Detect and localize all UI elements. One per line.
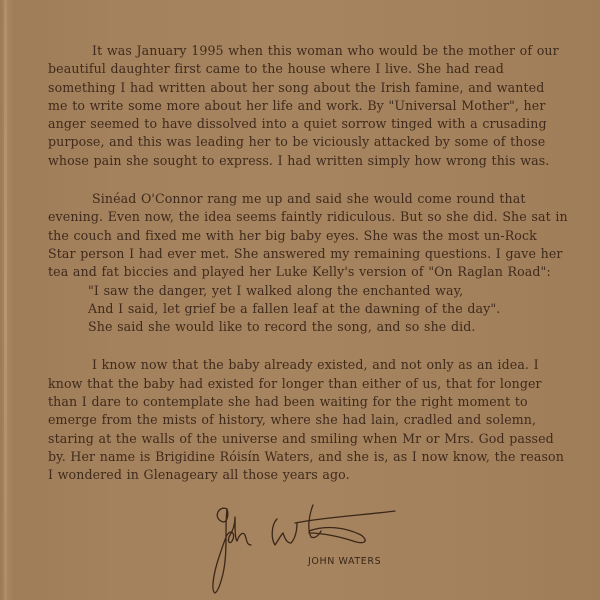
- paragraph-1: It was January 1995 when this woman who …: [48, 42, 568, 170]
- text-line: know that the baby had existed for longe…: [48, 375, 568, 393]
- text-line: I know now that the baby already existed…: [48, 356, 568, 374]
- text-line: Sinéad O'Connor rang me up and said she …: [48, 190, 568, 208]
- text-line: than I dare to contemplate she had been …: [48, 393, 568, 411]
- text-line: whose pain she sought to express. I had …: [48, 152, 568, 170]
- text-line: evening. Even now, the idea seems faintl…: [48, 208, 568, 226]
- text-line: the couch and fixed me with her big baby…: [48, 227, 568, 245]
- text-line: me to write some more about her life and…: [48, 97, 568, 115]
- handwritten-signature-icon: [205, 495, 425, 595]
- text-line: emerge from the mists of history, where …: [48, 411, 568, 429]
- text-line: anger seemed to have dissolved into a qu…: [48, 115, 568, 133]
- signature-printed-name: JOHN WATERS: [308, 556, 381, 567]
- text-line: It was January 1995 when this woman who …: [48, 42, 568, 60]
- text-line: tea and fat biccies and played her Luke …: [48, 263, 568, 281]
- paragraph-2: Sinéad O'Connor rang me up and said she …: [48, 190, 568, 336]
- song-quote: "I saw the danger, yet I walked along th…: [48, 282, 568, 337]
- text-line: something I had written about her song a…: [48, 79, 568, 97]
- text-line: beautiful daughter first came to the hou…: [48, 60, 568, 78]
- page-edge: [4, 0, 7, 600]
- signature: [205, 495, 425, 595]
- quote-line: She said she would like to record the so…: [88, 318, 568, 336]
- text-line: purpose, and this was leading her to be …: [48, 133, 568, 151]
- quote-line: And I said, let grief be a fallen leaf a…: [88, 300, 568, 318]
- text-line: Star person I had ever met. She answered…: [48, 245, 568, 263]
- text-line: staring at the walls of the universe and…: [48, 430, 568, 448]
- text-line: by. Her name is Brigidine Róisín Waters,…: [48, 448, 568, 466]
- paragraph-3: I know now that the baby already existed…: [48, 356, 568, 484]
- liner-notes-page: It was January 1995 when this woman who …: [48, 42, 568, 505]
- quote-line: "I saw the danger, yet I walked along th…: [88, 282, 568, 300]
- text-line: I wondered in Glenageary all those years…: [48, 466, 568, 484]
